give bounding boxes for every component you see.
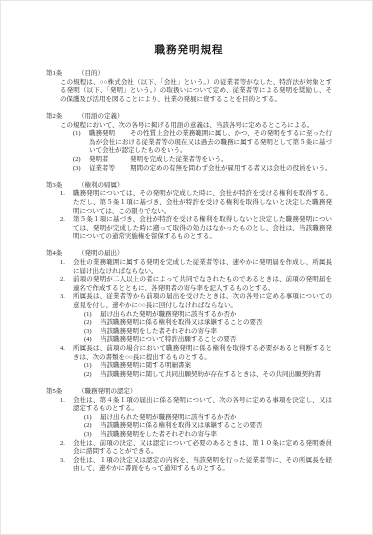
article: 第5条（職務発明の認定）1.会社は、第４条１項の届出に係る発明について、次の各号… (46, 388, 332, 474)
sub-item-number: (3) (84, 431, 100, 440)
numbered-item: 2.前項の発明が二人以上の者によって共同でなされたものであるときは、前項の発明届… (60, 276, 332, 293)
article: 第2条（用語の定義）この規程において、次の各号に掲げる用語の意義は、当該各号に定… (46, 113, 332, 173)
article-header: 第4条（発明の届出） (46, 250, 332, 259)
article-heading: （用語の定義） (78, 113, 124, 122)
numbered-item: 3.所属長は、従業者等から前項の届出を受けたときは、次の各号に定める事項について… (60, 293, 332, 345)
sub-item-number: (1) (84, 414, 100, 423)
document-page: 職務発明規程 第1条（目的）この規程は、○○株式会社（以下、「会社」という。）の… (0, 0, 373, 535)
sub-item-number: (1) (84, 311, 100, 320)
numbered-item-body: 前項の発明が二人以上の者によって共同でなされたものであるときは、前項の発明届を連… (73, 276, 332, 293)
article-number: 第5条 (46, 388, 78, 397)
numbered-item-text: 会社は、１項の決定又は認定の内容を、当該発明を行った従業者等に、その所属長を経由… (73, 457, 332, 473)
sub-item: (3)当該職務発明をした者それぞれの寄与率 (84, 431, 332, 440)
numbered-item-text: 所属長は、前項の場合において職務発明に係る権利を取得する必要があると判断するとき… (73, 345, 332, 361)
numbered-item: 2.会社は、前項の決定、又は認定について必要のあるときは、第１０条に定める発明委… (60, 440, 332, 457)
definition-item-body: 発明者発明を完成した従業者等をいう。 (89, 156, 332, 165)
numbered-item-text: 所属長は、従業者等から前項の届出を受けたときは、次の各号に定める事項についての意… (73, 293, 332, 309)
article-number: 第1条 (46, 70, 78, 79)
numbered-item: 1.職務発明については、その発明が完成した時に、会社が特許を受ける権利を取得する… (60, 190, 332, 216)
numbered-item-text: 会社は、前項の決定、又は認定について必要のあるときは、第１０条に定める発明委員会… (73, 440, 332, 456)
numbered-item-body: 会社は、１項の決定又は認定の内容を、当該発明を行った従業者等に、その所属長を経由… (73, 457, 332, 474)
numbered-item-number: 1. (60, 397, 73, 440)
numbered-item-number: 2. (60, 440, 73, 457)
definition-item-number: (2) (73, 156, 89, 165)
numbered-item-number: 3. (60, 293, 73, 345)
numbered-item-number: 2. (60, 216, 73, 242)
sub-item-text: 当該職務発明に係る権利を取得又は承継することの要否 (100, 319, 332, 328)
numbered-item-body: 第５条１項に基づき、会社が特許を受ける権利を取得しないと決定した職務発明について… (73, 216, 332, 242)
numbered-item-text: 会社の業務範囲に属する発明を完成した従業者等は、速やかに発明届を作成し、所属長に… (73, 259, 332, 275)
definition-item-number: (3) (73, 165, 89, 174)
article-heading: （職務発明の認定） (78, 388, 137, 397)
sub-item-text: 当該職務発明に係る権利を取得又は承継することの要否 (100, 422, 332, 431)
definition-term: 従業者等 (89, 165, 130, 174)
sub-item-number: (4) (84, 336, 100, 345)
sub-item: (1)届け出られた発明が職務発明に該当するか否か (84, 311, 332, 320)
article-heading: （目的） (78, 70, 104, 79)
article-header: 第1条（目的） (46, 70, 332, 79)
paragraph: この規程において、次の各号に掲げる用語の意義は、当該各号に定めるところによる。 (60, 122, 332, 131)
article: 第3条（権利の帰属）1.職務発明については、その発明が完成した時に、会社が特許を… (46, 182, 332, 242)
definition-item: (1)職務発明その性質上会社の業務範囲に属し、かつ、その発明をするに至った行為が… (73, 130, 332, 156)
sub-item-text: 当該職務発明について特許出願することの要否 (100, 336, 332, 345)
sub-item-number: (1) (84, 362, 100, 371)
sub-item: (1)当該職務発明に関する明細書案 (84, 362, 332, 371)
numbered-item-number: 2. (60, 276, 73, 293)
sub-item: (4)当該職務発明について特許出願することの要否 (84, 336, 332, 345)
article-number: 第4条 (46, 250, 78, 259)
numbered-item: 2.第５条１項に基づき、会社が特許を受ける権利を取得しないと決定した職務発明につ… (60, 216, 332, 242)
sub-item-number: (3) (84, 328, 100, 337)
numbered-item: 1.会社は、第４条１項の届出に係る発明について、次の各号に定める事項を決定し、又… (60, 397, 332, 440)
numbered-item-body: 会社は、第４条１項の届出に係る発明について、次の各号に定める事項を決定し、又は認… (73, 397, 332, 440)
definition-text: 期間の定めの有無を問わず会社が雇用する者又は会社の役員をいう。 (130, 165, 332, 172)
sub-item-number: (2) (84, 319, 100, 328)
numbered-item: 3.会社は、１項の決定又は認定の内容を、当該発明を行った従業者等に、その所属長を… (60, 457, 332, 474)
numbered-item: 1.会社の業務範囲に属する発明を完成した従業者等は、速やかに発明届を作成し、所属… (60, 259, 332, 276)
numbered-item-number: 1. (60, 259, 73, 276)
article-header: 第5条（職務発明の認定） (46, 388, 332, 397)
numbered-item-body: 会社の業務範囲に属する発明を完成した従業者等は、速やかに発明届を作成し、所属長に… (73, 259, 332, 276)
numbered-item-number: 3. (60, 457, 73, 474)
numbered-item-text: 前項の発明が二人以上の者によって共同でなされたものであるときは、前項の発明届を連… (73, 276, 332, 292)
numbered-item-text: 職務発明については、その発明が完成した時に、会社が特許を受ける権利を取得する。た… (73, 190, 332, 214)
definition-item: (2)発明者発明を完成した従業者等をいう。 (73, 156, 332, 165)
sub-item: (2)当該職務発明に係る権利を取得又は承継することの要否 (84, 319, 332, 328)
numbered-item-body: 所属長は、前項の場合において職務発明に係る権利を取得する必要があると判断するとき… (73, 345, 332, 379)
article-heading: （発明の届出） (78, 250, 124, 259)
definition-term: 発明者 (89, 156, 130, 165)
numbered-item-body: 会社は、前項の決定、又は認定について必要のあるときは、第１０条に定める発明委員会… (73, 440, 332, 457)
definition-item-number: (1) (73, 130, 89, 156)
article-number: 第2条 (46, 113, 78, 122)
numbered-item: 4.所属長は、前項の場合において職務発明に係る権利を取得する必要があると判断する… (60, 345, 332, 379)
numbered-item-number: 1. (60, 190, 73, 216)
sub-item-number: (2) (84, 422, 100, 431)
numbered-item-text: 第５条１項に基づき、会社が特許を受ける権利を取得しないと決定した職務発明について… (73, 216, 332, 240)
definition-term: 職務発明 (89, 130, 130, 139)
sub-item-number: (2) (84, 371, 100, 380)
sub-item-text: 当該職務発明に関する明細書案 (100, 362, 332, 371)
document-title: 職務発明規程 (46, 44, 332, 57)
definition-item: (3)従業者等期間の定めの有無を問わず会社が雇用する者又は会社の役員をいう。 (73, 165, 332, 174)
sub-item-text: 当該職務発明に関して共同出願契約が存在するときは、その共同出願契約書 (100, 371, 332, 380)
sub-item-text: 当該職務発明をした者それぞれの寄与率 (100, 431, 332, 440)
definition-item-body: 職務発明その性質上会社の業務範囲に属し、かつ、その発明をするに至った行為が会社に… (89, 130, 332, 156)
numbered-item-text: 会社は、第４条１項の届出に係る発明について、次の各号に定める事項を決定し、又は認… (73, 397, 332, 413)
article: 第4条（発明の届出）1.会社の業務範囲に属する発明を完成した従業者等は、速やかに… (46, 250, 332, 379)
article: 第1条（目的）この規程は、○○株式会社（以下、「会社」という。）の従業者等がなし… (46, 70, 332, 104)
paragraph: この規程は、○○株式会社（以下、「会社」という。）の従業者等がなした、特許法が対… (60, 79, 332, 105)
numbered-item-body: 職務発明については、その発明が完成した時に、会社が特許を受ける権利を取得する。た… (73, 190, 332, 216)
numbered-item-number: 4. (60, 345, 73, 379)
articles-container: 第1条（目的）この規程は、○○株式会社（以下、「会社」という。）の従業者等がなし… (46, 70, 332, 474)
sub-item-text: 届け出られた発明が職務発明に該当するか否か (100, 311, 332, 320)
sub-item: (2)当該職務発明に係る権利を取得又は承継することの要否 (84, 422, 332, 431)
article-header: 第2条（用語の定義） (46, 113, 332, 122)
definition-text: 発明を完成した従業者等をいう。 (130, 156, 228, 163)
sub-item: (2)当該職務発明に関して共同出願契約が存在するときは、その共同出願契約書 (84, 371, 332, 380)
numbered-item-body: 所属長は、従業者等から前項の届出を受けたときは、次の各号に定める事項についての意… (73, 293, 332, 345)
definition-item-body: 従業者等期間の定めの有無を問わず会社が雇用する者又は会社の役員をいう。 (89, 165, 332, 174)
